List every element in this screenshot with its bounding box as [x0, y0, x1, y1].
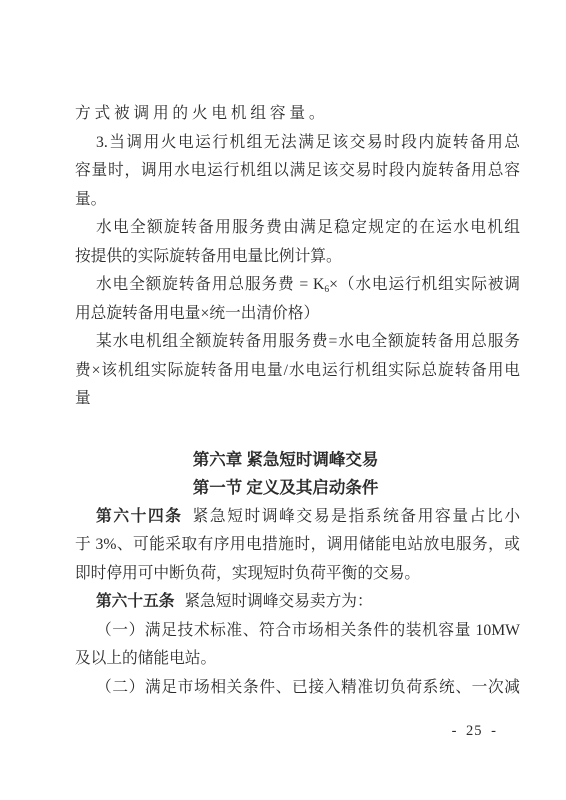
text-line: 于 3%、可能采取有序用电措施时，调用储能电站放电服务，或 — [75, 531, 520, 560]
text-segment: 容量时，调用水电运行机组以满足该交易时段内旋转备用总容 — [75, 162, 520, 179]
text-segment: 水电全额旋转备用总服务费 = K — [96, 276, 324, 293]
text-line: 3.当调用火电运行机组无法满足该交易时段内旋转备用总 — [75, 129, 520, 158]
text-segment: 用总旋转备用电量×统一出清价格） — [75, 305, 319, 322]
text-line: 量 — [75, 385, 520, 414]
text-line: 用总旋转备用电量×统一出清价格） — [75, 300, 520, 329]
document-page: 方式被调用的火电机组容量。3.当调用火电运行机组无法满足该交易时段内旋转备用总容… — [0, 0, 566, 800]
text-line: 按提供的实际旋转备用电量比例计算。 — [75, 243, 520, 272]
page-number: - 25 - — [452, 722, 497, 740]
document-body: 方式被调用的火电机组容量。3.当调用火电运行机组无法满足该交易时段内旋转备用总容… — [75, 100, 520, 702]
article-number: 第六十五条 — [96, 593, 174, 610]
section-heading: 第一节 定义及其启动条件 — [75, 474, 520, 503]
text-line: 方式被调用的火电机组容量。 — [75, 100, 520, 129]
text-line: 水电全额旋转备用服务费由满足稳定规定的在运水电机组 — [75, 214, 520, 243]
text-segment: ×（水电运行机组实际被调 — [329, 276, 520, 293]
article-number: 第六十四条 — [96, 508, 183, 525]
text-segment: 紧急短时调峰交易卖方为： — [184, 593, 372, 610]
text-segment: 量。 — [75, 191, 106, 208]
text-segment: （二）满足市场相关条件、已接入精准切负荷系统、一次减 — [96, 679, 520, 696]
text-line: 量。 — [75, 186, 520, 215]
text-line: （二）满足市场相关条件、已接入精准切负荷系统、一次减 — [75, 674, 520, 703]
text-line: 水电全额旋转备用总服务费 = K6×（水电运行机组实际被调 — [75, 271, 520, 300]
text-segment: 水电全额旋转备用服务费由满足稳定规定的在运水电机组 — [96, 219, 520, 236]
text-segment: 于 3%、可能采取有序用电措施时，调用储能电站放电服务，或 — [75, 536, 520, 553]
text-segment: 量 — [75, 390, 91, 407]
text-segment: （一）满足技术标准、符合市场相关条件的装机容量 10MW — [96, 622, 520, 639]
text-line: 容量时，调用水电运行机组以满足该交易时段内旋转备用总容 — [75, 157, 520, 186]
text-segment: 费×该机组实际旋转备用电量/水电运行机组实际总旋转备用电 — [75, 362, 520, 379]
text-segment: 方式被调用的火电机组容量。 — [75, 105, 328, 122]
text-segment: 按提供的实际旋转备用电量比例计算。 — [75, 248, 342, 265]
text-segment: 3.当调用火电运行机组无法满足该交易时段内旋转备用总 — [96, 134, 520, 151]
text-segment: 某水电机组全额旋转备用服务费=水电全额旋转备用总服务 — [96, 333, 520, 350]
text-segment: 及以上的储能电站。 — [75, 650, 216, 667]
text-line: （一）满足技术标准、符合市场相关条件的装机容量 10MW — [75, 617, 520, 646]
text-segment: 即时停用可中断负荷，实现短时负荷平衡的交易。 — [75, 565, 420, 582]
text-line: 费×该机组实际旋转备用电量/水电运行机组实际总旋转备用电 — [75, 357, 520, 386]
chapter-heading: 第六章 紧急短时调峰交易 — [75, 446, 520, 475]
article-number: 第一节 定义及其启动条件 — [193, 478, 379, 497]
text-line: 及以上的储能电站。 — [75, 645, 520, 674]
text-segment: 紧急短时调峰交易是指系统备用容量占比小 — [193, 508, 520, 525]
text-line: 第六十五条紧急短时调峰交易卖方为： — [75, 588, 520, 617]
text-line: 第六十四条紧急短时调峰交易是指系统备用容量占比小 — [75, 503, 520, 532]
text-line: 即时停用可中断负荷，实现短时负荷平衡的交易。 — [75, 560, 520, 589]
article-number: 第六章 紧急短时调峰交易 — [193, 450, 379, 469]
text-line: 某水电机组全额旋转备用服务费=水电全额旋转备用总服务 — [75, 328, 520, 357]
